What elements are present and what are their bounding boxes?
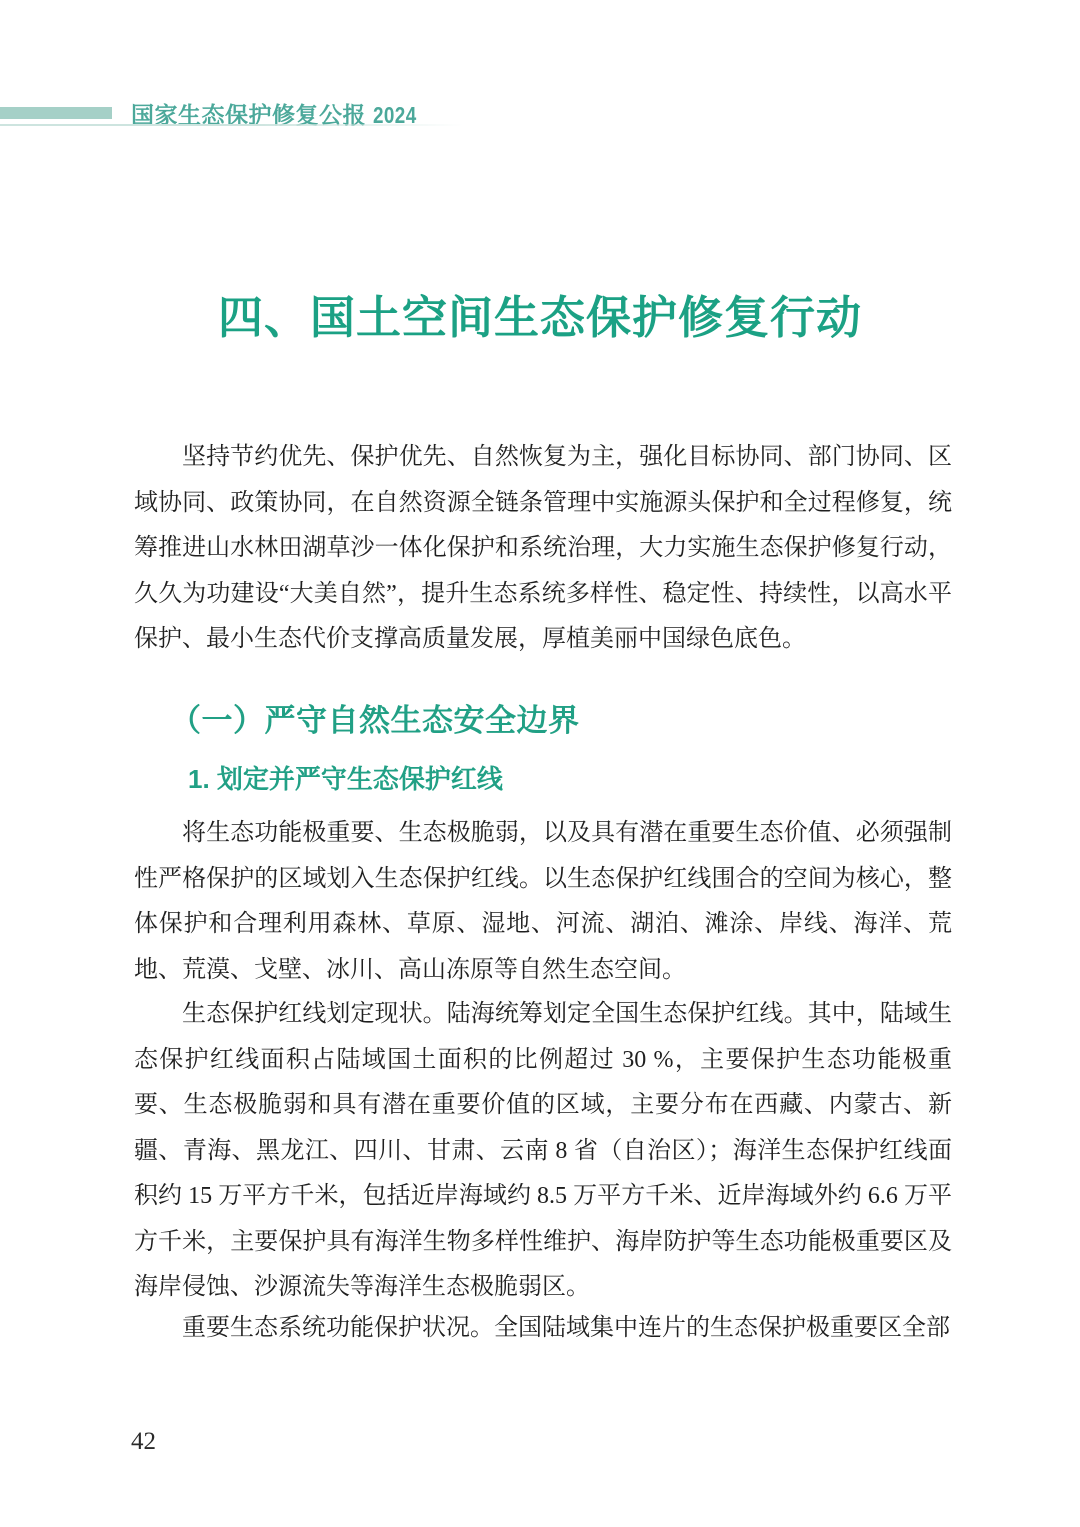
body-paragraph: 将生态功能极重要、生态极脆弱，以及具有潜在重要生态价值、必须强制性严格保护的区域…: [134, 811, 952, 993]
header-divider-line: [0, 124, 463, 126]
body-paragraph: 重要生态系统功能保护状况。全国陆域集中连片的生态保护极重要区全部: [134, 1306, 952, 1352]
page-number: 42: [131, 1428, 156, 1456]
intro-paragraph: 坚持节约优先、保护优先、自然恢复为主，强化目标协同、部门协同、区域协同、政策协同…: [134, 435, 952, 663]
header-accent-bar: [0, 107, 112, 119]
body-paragraph: 生态保护红线划定现状。陆海统筹划定全国生态保护红线。其中，陆域生态保护红线面积占…: [134, 992, 952, 1311]
document-page: 国家生态保护修复公报2024 四、国土空间生态保护修复行动 坚持节约优先、保护优…: [0, 0, 1080, 1527]
section-heading: （一）严守自然生态安全边界: [170, 695, 580, 740]
subsection-heading: 1. 划定并严守生态保护红线: [188, 759, 503, 796]
chapter-title: 四、国土空间生态保护修复行动: [0, 281, 1080, 346]
